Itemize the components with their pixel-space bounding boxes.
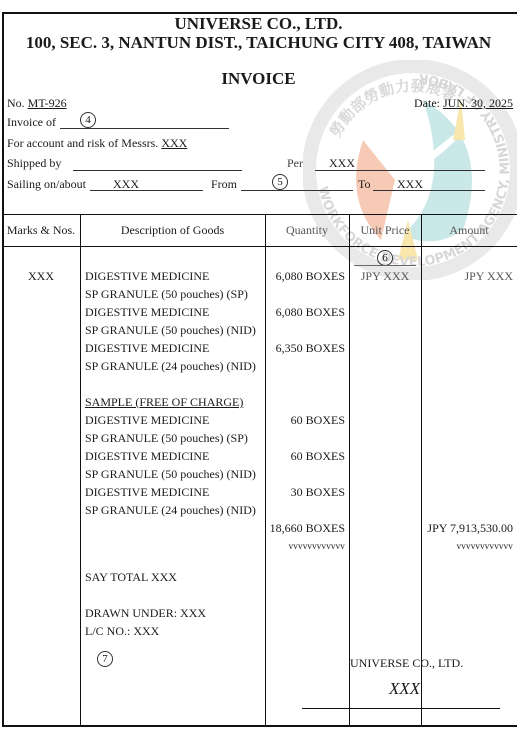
item-1-line2: SP GRANULE (50 pouches) (SP) [85, 285, 256, 303]
sample-2-line2: SP GRANULE (50 pouches) (NID) [85, 465, 256, 483]
document-title: INVOICE [0, 69, 517, 89]
header-unit-price: Unit Price [349, 214, 421, 246]
item-3-line2: SP GRANULE (24 pouches) (NID) [85, 357, 256, 375]
marker-4: 4 [80, 110, 96, 128]
account-line: For account and risk of Messrs. XXX [7, 136, 187, 151]
per-value: XXX [329, 156, 355, 171]
sample-1-qty: 60 BOXES [265, 411, 345, 429]
frame-left-border [2, 12, 4, 727]
total-amount: JPY 7,913,530.00 [421, 519, 513, 537]
header-description: Description of Goods [80, 214, 265, 246]
sailing-field-line [90, 190, 203, 191]
shipped-by-label: Shipped by [7, 156, 61, 171]
drawn-under: DRAWN UNDER: XXX [85, 604, 206, 622]
invoice-number-value: MT-926 [28, 96, 67, 110]
to-label: To [358, 177, 371, 192]
header-marks: Marks & Nos. [2, 214, 80, 246]
from-field-line [241, 190, 353, 191]
item-2-line2: SP GRANULE (50 pouches) (NID) [85, 321, 256, 339]
company-name: UNIVERSE CO., LTD. [0, 14, 517, 34]
sample-2-qty: 60 BOXES [265, 447, 345, 465]
sample-2-line1: DIGESTIVE MEDICINE [85, 447, 256, 465]
invoice-date: Date: JUN. 30, 2025 [414, 96, 513, 111]
sample-3-qty: 30 BOXES [265, 483, 345, 501]
column-divider-4 [421, 214, 422, 726]
sample-heading: SAMPLE (FREE OF CHARGE) [85, 393, 243, 411]
marker-6: 6 [377, 248, 393, 266]
from-label: From [211, 177, 237, 192]
header-quantity: Quantity [265, 214, 349, 246]
shipped-by-field-line [73, 170, 242, 171]
item-1: DIGESTIVE MEDICINE SP GRANULE (50 pouche… [85, 267, 256, 375]
column-divider-1 [80, 214, 81, 726]
invoice-of-field-line [60, 128, 229, 129]
invoice-date-label: Date: [414, 96, 440, 110]
invoice-of-label: Invoice of [7, 115, 56, 130]
per-field-line [315, 170, 485, 171]
item-2-line1: DIGESTIVE MEDICINE [85, 303, 256, 321]
sailing-label: Sailing on/about [7, 177, 86, 192]
to-field-line [373, 190, 485, 191]
signature-line [302, 708, 500, 709]
say-total: SAY TOTAL XXX [85, 568, 177, 586]
item-2-qty: 6,080 BOXES [265, 303, 345, 321]
item-1-qty: 6,080 BOXES [265, 267, 345, 285]
account-value: XXX [161, 136, 187, 150]
item-3-qty: 6,350 BOXES [265, 339, 345, 357]
quantity-v-marks: vvvvvvvvvvvv [265, 537, 345, 555]
invoice-number-label: No. [7, 96, 25, 110]
total-quantity: 18,660 BOXES [265, 519, 345, 537]
sample-1-line1: DIGESTIVE MEDICINE [85, 411, 256, 429]
sample-3-line1: DIGESTIVE MEDICINE [85, 483, 256, 501]
per-label: Per [287, 156, 303, 171]
item-1-line1: DIGESTIVE MEDICINE [85, 267, 256, 285]
account-label: For account and risk of Messrs. [7, 136, 158, 150]
unit-price-value: JPY XXX [349, 267, 421, 285]
marker-7: 7 [97, 649, 113, 667]
signer-company: UNIVERSE CO., LTD. [350, 654, 463, 672]
invoice-number: No. MT-926 [7, 96, 67, 111]
signature: XXX [389, 679, 420, 699]
column-divider-3 [349, 214, 350, 726]
invoice-date-value: JUN. 30, 2025 [443, 96, 513, 110]
amount-v-marks: vvvvvvvvvvvv [421, 537, 513, 555]
lc-number: L/C NO.: XXX [85, 622, 159, 640]
marker-5: 5 [272, 172, 288, 190]
marks-value: XXX [2, 267, 80, 285]
sample-3-line2: SP GRANULE (24 pouches) (NID) [85, 501, 256, 519]
item-3-line1: DIGESTIVE MEDICINE [85, 339, 256, 357]
header-amount: Amount [421, 214, 517, 246]
unit-price-field-line [354, 265, 416, 266]
amount-value: JPY XXX [421, 267, 513, 285]
sample-items: DIGESTIVE MEDICINE SP GRANULE (50 pouche… [85, 411, 256, 519]
sample-1-line2: SP GRANULE (50 pouches) (SP) [85, 429, 256, 447]
column-divider-2 [265, 214, 266, 726]
company-address: 100, SEC. 3, NANTUN DIST., TAICHUNG CITY… [0, 33, 517, 53]
